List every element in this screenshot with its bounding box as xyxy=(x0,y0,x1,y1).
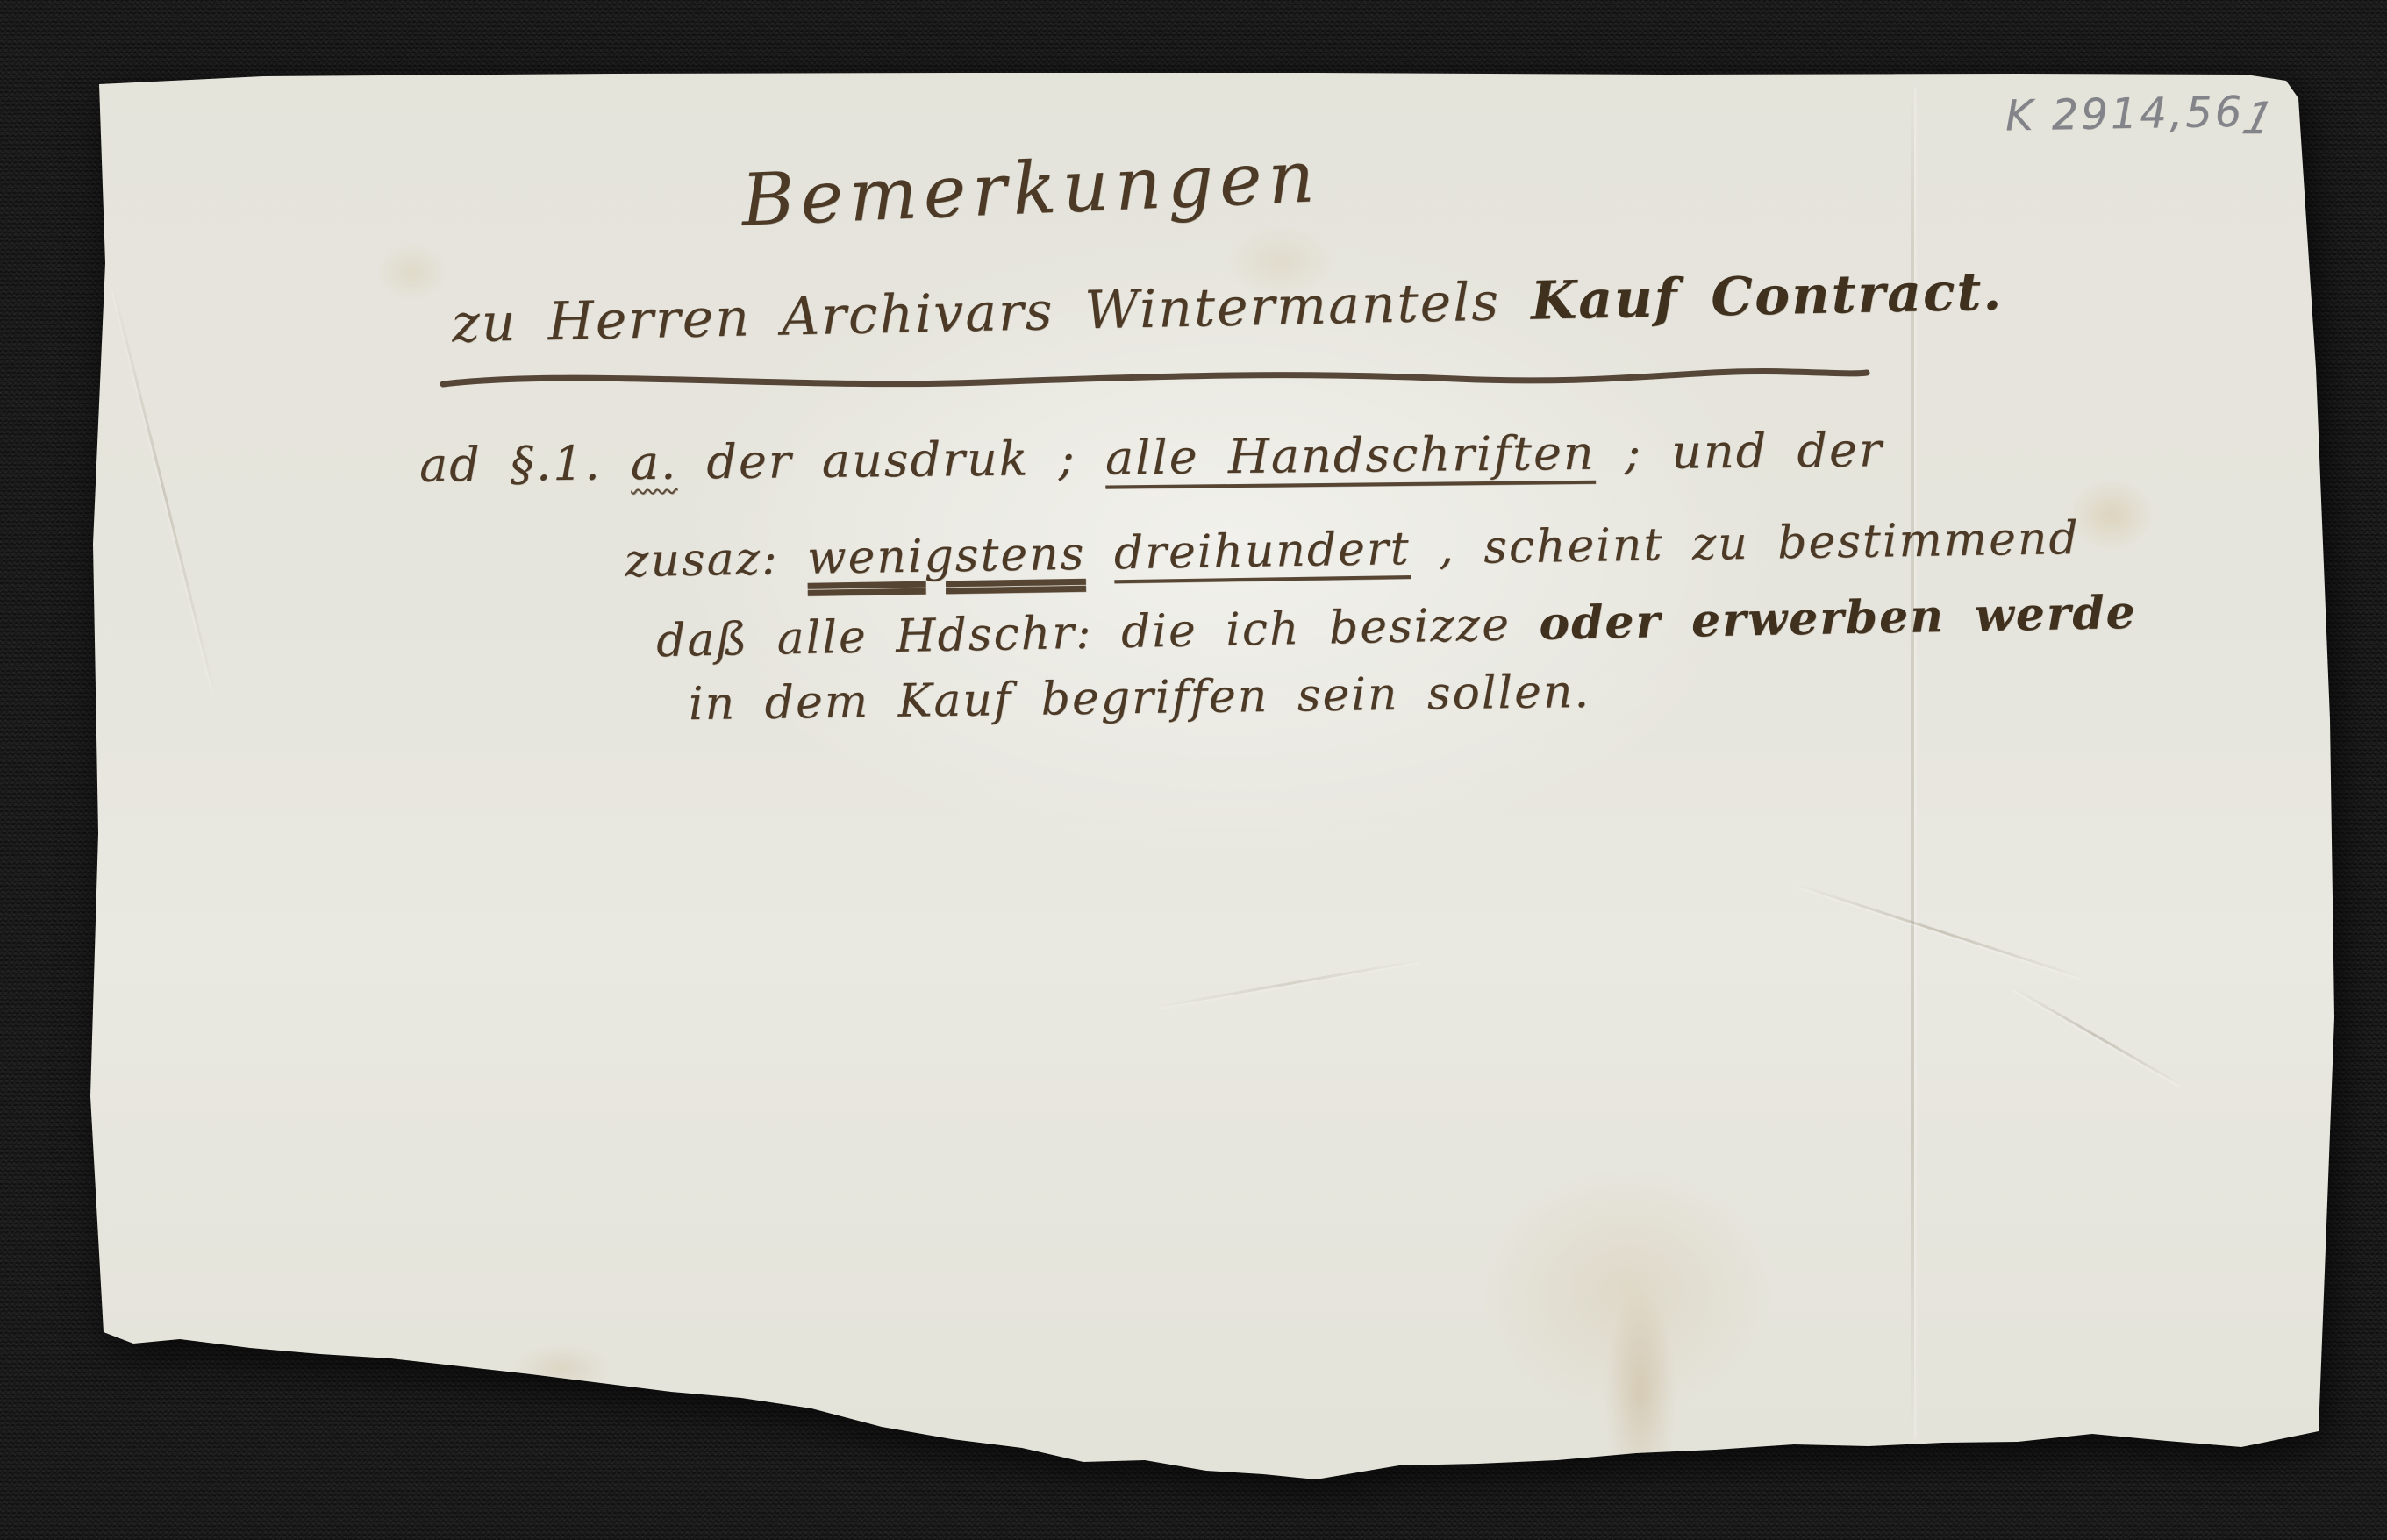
shelfmark-pencil-note: K 2914,56 xyxy=(2005,88,2245,141)
heading-underline-rule xyxy=(421,347,1912,400)
body-line-1: ad §.1. a. der ausdruk ; alle Handschrif… xyxy=(419,422,1883,492)
document-title: Bemerkungen xyxy=(740,135,1322,243)
body-line-4: in dem Kauf begriffen sein sollen. xyxy=(689,666,1591,731)
line1-marked-letter: a. xyxy=(630,435,677,491)
line1-text: ; und der xyxy=(1595,422,1883,480)
line1-underlined-phrase: alle Handschriften xyxy=(1105,425,1596,486)
manuscript-paper: K 2914,56 1 Bemerkungen zu Herren Archiv… xyxy=(0,0,2387,1540)
line2-underlined-word: dreihundert xyxy=(1113,523,1411,580)
line2-double-underlined-word: wenigstens xyxy=(807,528,1086,585)
corner-fold-crease xyxy=(113,290,216,691)
diagonal-crease xyxy=(2012,987,2181,1086)
line3-heavy-phrase: oder erwerben werde xyxy=(1539,586,2137,651)
body-line-3: daß alle Hdschr: die ich besizze oder er… xyxy=(656,586,2138,667)
body-line-2: zusaz: wenigstens dreihundert , scheint … xyxy=(625,512,2080,588)
photo-background: K 2914,56 1 Bemerkungen zu Herren Archiv… xyxy=(0,0,2387,1540)
line4-text: in dem Kauf begriffen sein sollen. xyxy=(689,666,1591,731)
diagonal-crease xyxy=(1797,884,2081,979)
line1-text: der ausdruk ; xyxy=(677,431,1105,490)
diagonal-crease xyxy=(1160,959,1419,1008)
line2-text: , scheint zu bestimmend xyxy=(1410,512,2080,575)
line3-text: daß alle Hdschr: die ich besizze xyxy=(656,598,1540,667)
subtitle-text: zu Herren Archivars Wintermantels xyxy=(451,271,1531,355)
line1-text: ad §.1. xyxy=(419,435,631,493)
line2-text xyxy=(1085,527,1114,581)
document-subtitle: zu Herren Archivars Wintermantels Kauf C… xyxy=(451,260,2003,354)
subtitle-contract-phrase: Kauf Contract. xyxy=(1530,260,2003,332)
line2-text: zusaz: xyxy=(625,532,808,588)
paper-wrapper: K 2914,56 1 Bemerkungen zu Herren Archiv… xyxy=(0,0,2387,1540)
